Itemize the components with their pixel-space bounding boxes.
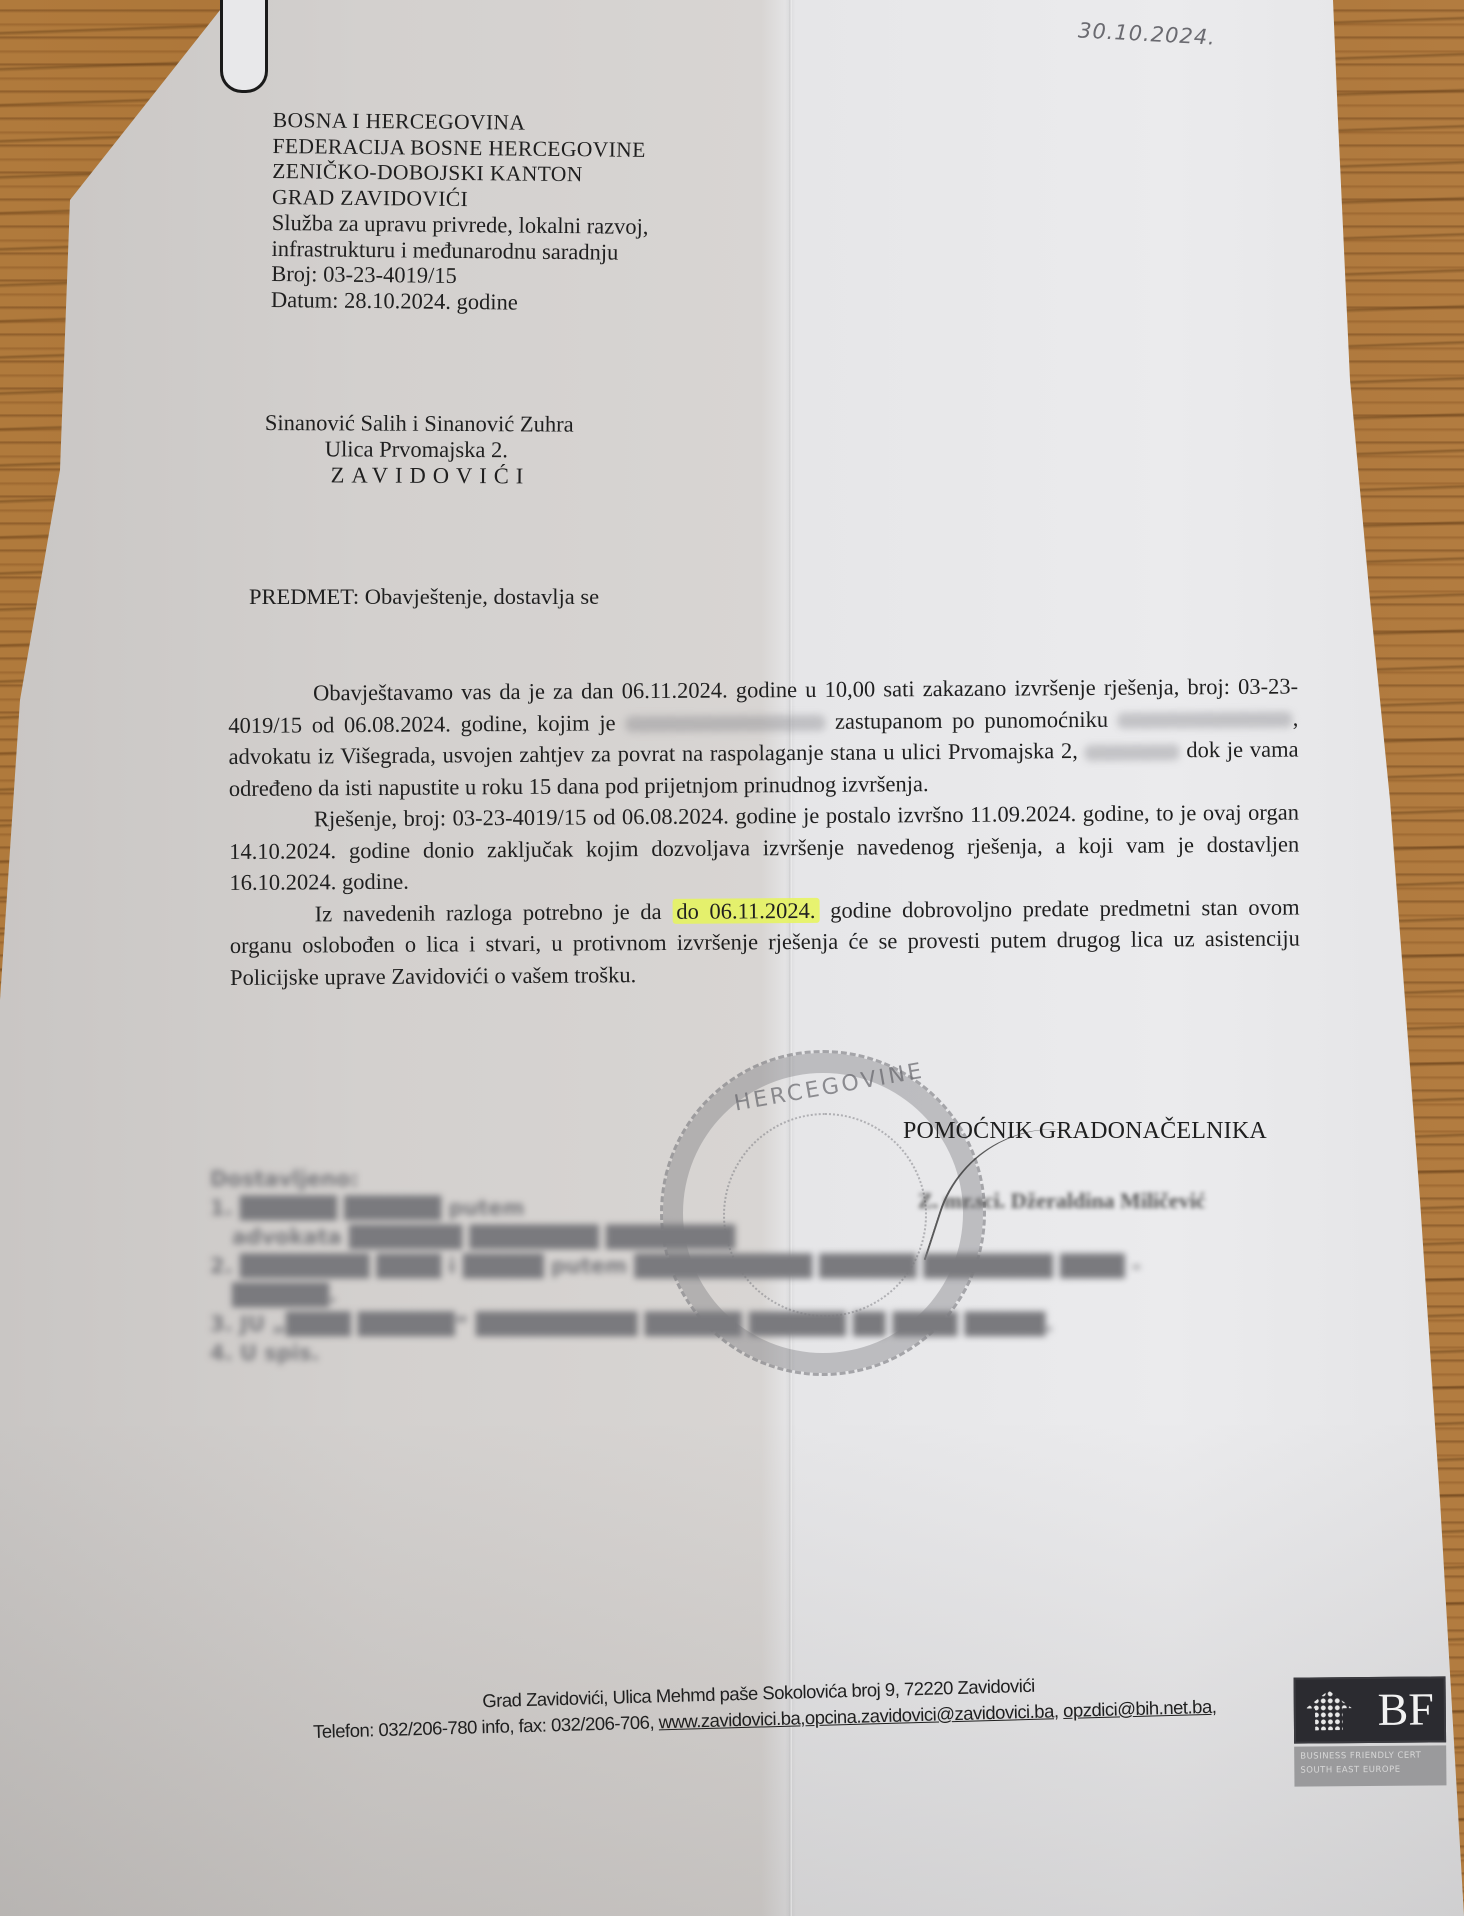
letterhead-department-1: Služba za upravu privrede, lokalni razvo… (272, 210, 649, 239)
letterhead-country: BOSNA I HERCEGOVINA (273, 108, 650, 137)
recipient-block: Sinanović Salih i Sinanović Zuhra Ulica … (265, 410, 574, 490)
redacted-apartment (1085, 744, 1180, 761)
bf-tagline: BUSINESS FRIENDLY CERT SOUTH EAST EUROPE (1294, 1745, 1446, 1786)
redacted-name-2 (1118, 712, 1293, 729)
bf-tagline-2: SOUTH EAST EUROPE (1300, 1762, 1440, 1777)
distribution-list-redacted: Dostavljeno: 1. ██████ ██████ putem advo… (210, 1165, 1141, 1368)
subject-line: PREDMET: Obavještenje, dostavlja se (249, 584, 599, 609)
paper-clip-icon (220, 0, 268, 93)
house-dots-icon (1306, 1690, 1352, 1730)
footer-link-email[interactable]: opzdici@bih.net.ba, (1063, 1696, 1217, 1721)
paragraph-2: Rješenje, broj: 03-23-4019/15 od 06.08.2… (229, 797, 1300, 899)
document-date: Datum: 28.10.2024. godine (271, 286, 648, 315)
redacted-name-1 (625, 715, 825, 732)
bf-logo-top: BF (1294, 1676, 1447, 1743)
letterhead-canton: ZENIČKO-DOBOJSKI KANTON (272, 159, 649, 188)
document-number: Broj: 03-23-4019/15 (271, 261, 648, 290)
recipient-name: Sinanović Salih i Sinanović Zuhra (265, 410, 574, 438)
paper-shadow (0, 1416, 1464, 1916)
letter-body: Obavještavamo vas da je za dan 06.11.202… (228, 671, 1300, 993)
document-paper: 30.10.2024. BOSNA I HERCEGOVINA FEDERACI… (0, 0, 1464, 1916)
paragraph-1: Obavještavamo vas da je za dan 06.11.202… (228, 671, 1299, 804)
bf-tagline-1: BUSINESS FRIENDLY CERT (1300, 1748, 1440, 1763)
letterhead-federation: FEDERACIJA BOSNE HERCEGOVINE (272, 133, 649, 162)
bf-certification-logo: BF BUSINESS FRIENDLY CERT SOUTH EAST EUR… (1294, 1676, 1447, 1783)
letterhead-city: GRAD ZAVIDOVIĆI (272, 184, 649, 213)
bf-letters: BF (1377, 1686, 1434, 1732)
letterhead-department-2: infrastrukturu i međunarodnu saradnju (271, 235, 648, 264)
paragraph-3: Iz navedenih razloga potrebno je da do 0… (230, 891, 1301, 993)
paragraph-3-part-a: Iz navedenih razloga potrebno je da (315, 898, 662, 925)
stamp-text: HERCEGOVINE (732, 1058, 926, 1116)
recipient-street: Ulica Prvomajska 2. (265, 436, 574, 464)
letterhead: BOSNA I HERCEGOVINA FEDERACIJA BOSNE HER… (271, 108, 650, 316)
highlighted-deadline: do 06.11.2024. (672, 897, 819, 923)
paragraph-1-part-b: zastupanom po punomoćniku (835, 706, 1108, 733)
handwritten-date: 30.10.2024. (1077, 18, 1216, 49)
recipient-city: ZAVIDOVIĆI (265, 462, 574, 490)
